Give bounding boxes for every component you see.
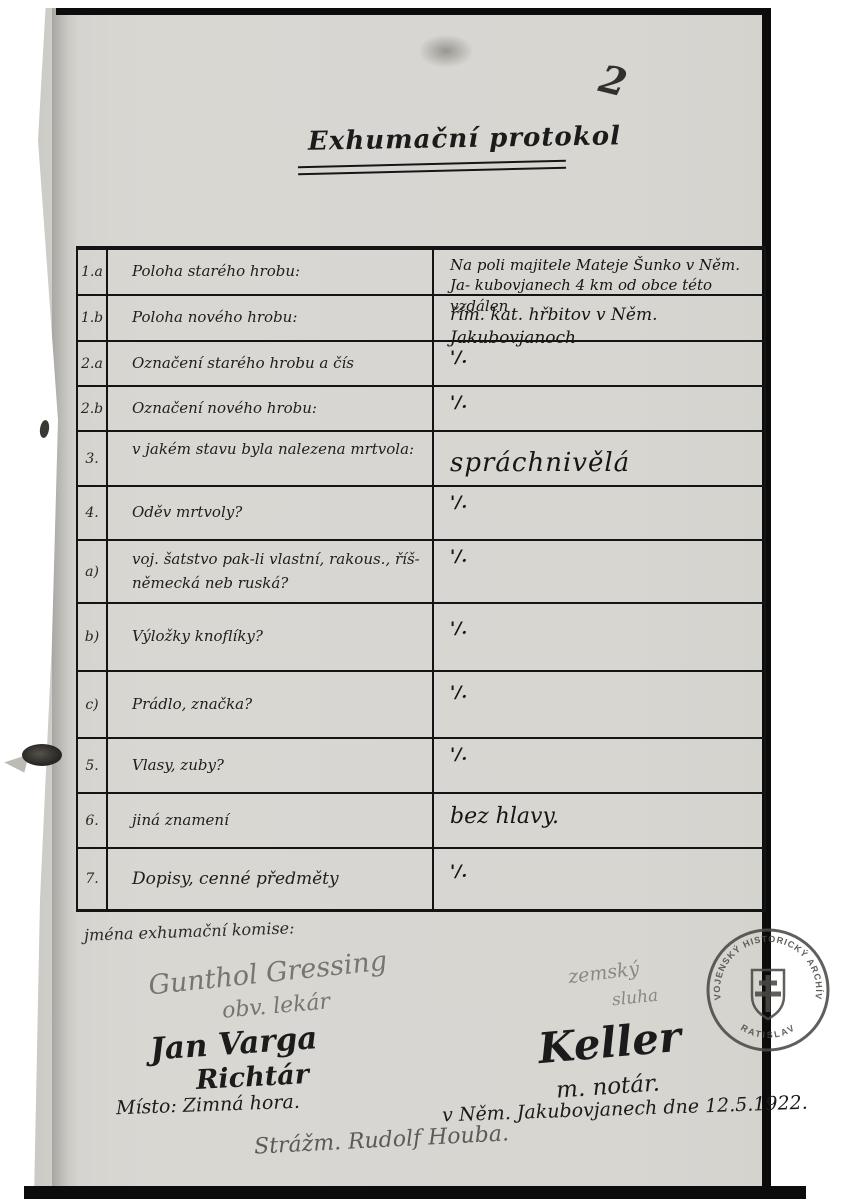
row-number: 4. <box>78 487 108 539</box>
table-row: 1.a Poloha starého hrobu: Na poli majite… <box>78 250 764 296</box>
row-answer: '/. <box>434 604 764 670</box>
table-row: 6. jiná znamení bez hlavy. <box>78 794 764 849</box>
row-answer: '/. <box>434 849 764 909</box>
table-row: 3. v jakém stavu byla nalezena mrtvola: … <box>78 432 764 487</box>
row-number: 1.a <box>78 250 108 294</box>
row-number: 5. <box>78 739 108 792</box>
row-question: Prádlo, značka? <box>108 672 434 737</box>
row-answer: '/. <box>434 541 764 602</box>
row-number: b) <box>78 604 108 670</box>
table-row: 4. Oděv mrtvoly? '/. <box>78 487 764 541</box>
row-number: 2.a <box>78 342 108 385</box>
exhumation-table: 1.a Poloha starého hrobu: Na poli majite… <box>76 246 766 912</box>
document-title: Exhumační protokol <box>308 121 621 156</box>
row-answer: '/. <box>434 739 764 792</box>
row-number: 7. <box>78 849 108 909</box>
row-question: v jakém stavu byla nalezena mrtvola: <box>108 432 434 485</box>
table-row: 1.b Poloha nového hrobu: řím. kat. hřbit… <box>78 296 764 342</box>
table-row: c) Prádlo, značka? '/. <box>78 672 764 739</box>
table-row: 2.a Označení starého hrobu a čís '/. <box>78 342 764 387</box>
row-number: 1.b <box>78 296 108 340</box>
row-number: 3. <box>78 432 108 485</box>
table-row: 2.b Označení nového hrobu: '/. <box>78 387 764 432</box>
binding-fold-shadow <box>52 8 78 1188</box>
scan-border-bottom <box>24 1186 806 1199</box>
row-answer: bez hlavy. <box>434 794 764 847</box>
table-row: b) Výložky knoflíky? '/. <box>78 604 764 672</box>
scan-border-top <box>56 8 764 15</box>
binding-grommet <box>22 744 62 766</box>
row-answer: řím. kat. hřbitov v Něm. Jakubovjanoch <box>434 296 764 340</box>
stamp-shield-double-cross-icon <box>752 970 784 1019</box>
archive-stamp: VOJENSKÝ HISTORICKÝ ARCHÍV BRATISLAVA <box>698 920 838 1060</box>
row-number: c) <box>78 672 108 737</box>
row-answer: '/. <box>434 672 764 737</box>
row-question: jiná znamení <box>108 794 434 847</box>
row-question: Označení starého hrobu a čís <box>108 342 434 385</box>
row-question: Poloha starého hrobu: <box>108 250 434 294</box>
row-question: Poloha nového hrobu: <box>108 296 434 340</box>
row-number: a) <box>78 541 108 602</box>
row-answer: spráchnivělá <box>434 432 764 485</box>
row-answer: Na poli majitele Mateje Šunko v Něm. Ja-… <box>434 250 764 294</box>
row-question: voj. šatstvo pak-li vlastní, rakous., ří… <box>108 541 434 602</box>
row-question: Označení nového hrobu: <box>108 387 434 430</box>
row-number: 2.b <box>78 387 108 430</box>
table-row: 5. Vlasy, zuby? '/. <box>78 739 764 794</box>
row-question: Dopisy, cenné předměty <box>108 849 434 909</box>
scanned-document: 2 Exhumační protokol 1.a Poloha starého … <box>0 0 849 1200</box>
row-question: Vlasy, zuby? <box>108 739 434 792</box>
table-row: a) voj. šatstvo pak-li vlastní, rakous.,… <box>78 541 764 604</box>
row-number: 6. <box>78 794 108 847</box>
row-question: Výložky knoflíky? <box>108 604 434 670</box>
row-answer: '/. <box>434 342 764 385</box>
smudge-mark <box>418 34 474 68</box>
row-question: Oděv mrtvoly? <box>108 487 434 539</box>
row-answer: '/. <box>434 387 764 430</box>
table-row: 7. Dopisy, cenné předměty '/. <box>78 849 764 909</box>
row-answer: '/. <box>434 487 764 539</box>
